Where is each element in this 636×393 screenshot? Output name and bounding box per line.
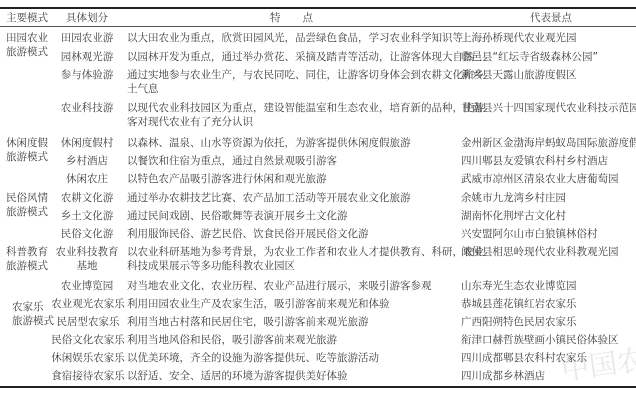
row-sub: 民俗文化游: [52, 227, 122, 241]
header-sub: 具体划分: [52, 11, 122, 25]
row-site: 上海孙桥现代农业观光园: [461, 31, 636, 45]
row-site: 山东寿光生态农业博览园: [461, 279, 636, 293]
row-sub: 农业博览园: [52, 279, 122, 293]
row-feature: 通过实地参与农业生产，与农民同吃、同住，让游客切身体会到农耕文化和乡土气息: [127, 68, 457, 96]
row-feature: 利用当地风俗和民俗，吸引游客前来观光旅游: [127, 333, 457, 347]
row-feature: 利用田园农业生产及农家生活，吸引游客前来观光和体验: [127, 297, 457, 311]
row-site: 四川成都乡林酒店: [461, 369, 636, 383]
group-mode-4: 科普教育旅游模式: [6, 245, 56, 273]
row-site: 恭城县莲花镇红岩农家乐: [461, 297, 636, 311]
row-sub: 参与体验游: [52, 68, 122, 82]
row-site: 衔津口赫哲族壁画小镇民俗体验区: [461, 333, 636, 347]
row-site: 湖南怀化荆坪古文化村: [461, 209, 636, 223]
row-site: 新兴县天露山旅游度假区: [461, 68, 636, 82]
row-sub: 乡村酒店: [52, 154, 122, 168]
row-site: 甘南县兴十四国家现代农业科技示范园区: [461, 101, 636, 115]
row-sub: 田园农业游: [52, 31, 122, 45]
row-feature: 以特色农产品吸引游客进行休闲和观光旅游: [127, 172, 457, 186]
group-mode-3: 民俗风情旅游模式: [6, 191, 56, 219]
row-feature: 通过举办农耕技艺比赛、农产品加工活动等开展农业文化旅游: [127, 191, 457, 205]
row-sub: 食宿接待农家乐: [48, 369, 128, 383]
row-feature: 通过民间戏剧、民俗歌舞等表演开展乡土文化游: [127, 209, 457, 223]
header-mode: 主要模式: [6, 11, 56, 25]
row-site: 四川成都郫县农科村农家乐: [461, 351, 636, 365]
table-header-rule: [0, 26, 636, 27]
group-mode-1: 田园农业旅游模式: [6, 31, 56, 59]
row-sub: 民居型农家乐: [48, 315, 128, 329]
row-feature: 利用当地古村落和民居住宅，吸引游客前来观光旅游: [127, 315, 457, 329]
row-feature: 以舒适、安全、适居的环境为游客提供美好体验: [127, 369, 457, 383]
row-site: 武威市凉州区清泉农业大唐葡萄园: [461, 172, 636, 186]
row-feature: 以优美环境，齐全的设施为游客提供玩、吃等旅游活动: [127, 351, 457, 365]
row-sub: 民俗文化农家乐: [48, 333, 128, 347]
row-sub: 园林观光游: [52, 50, 122, 64]
header-feature: 特点: [270, 11, 335, 25]
row-sub: 农业观光农家乐: [48, 297, 128, 311]
row-sub: 农业科技教育基地: [52, 245, 122, 273]
row-feature: 对当地农业文化、农业历程、农业产品进行展示，来吸引游客参观: [127, 279, 457, 293]
row-site: 金州新区金渤海岸蚂蚁岛国际旅游度假区: [461, 136, 636, 150]
row-sub: 乡土文化游: [52, 209, 122, 223]
row-sub: 休闲娱乐农家乐: [48, 351, 128, 365]
row-site: 余姚市九龙湾乡村庄园: [461, 191, 636, 205]
row-feature: 以餐饮和住宿为重点，通过自然景观吸引游客: [127, 154, 457, 168]
row-sub: 休闲度假村: [52, 136, 122, 150]
table-bottom-rule: [0, 386, 636, 388]
row-site: 广西阳朔特色民居农家乐: [461, 315, 636, 329]
row-sub: 农耕文化游: [52, 191, 122, 205]
row-feature: 以现代农业科技园区为重点，建设智能温室和生态农业，培育新的品种，使游客对现代农业…: [127, 101, 457, 129]
table-top-rule: [0, 7, 636, 9]
row-feature: 以农业科研基地为参考背景，为农业工作者和农业人才提供教育、科研，农业科技成果展示…: [127, 245, 457, 273]
header-site: 代表景点: [530, 11, 572, 25]
group-mode-2: 休闲度假旅游模式: [6, 136, 56, 164]
row-feature: 利用服饰民俗、游艺民俗、饮食民俗开展民俗文化游: [127, 227, 457, 241]
row-feature: 以森林、温泉、山水等资源为依托，为游客提供休闲度假旅游: [127, 136, 457, 150]
row-sub: 农业科技游: [52, 101, 122, 115]
row-feature: 以大田农业为重点，欣赏田园风光，品尝绿色食品，学习农业科学知识等: [127, 31, 457, 45]
row-site: 兴安盟阿尔山市白狼镇林俗村: [461, 227, 636, 241]
row-feature: 以园林开发为重点，通过举办赏花、采摘及踏青等活动，让游客体现大自然: [127, 50, 457, 64]
row-site: 闽侯县相思岭现代农业科教观光园: [461, 245, 636, 259]
row-site: 临邑县“红坛寺省级森林公园”: [461, 50, 636, 64]
row-sub: 休闲农庄: [52, 172, 122, 186]
row-site: 四川郫县友爱镇农科村乡村酒店: [461, 154, 636, 168]
